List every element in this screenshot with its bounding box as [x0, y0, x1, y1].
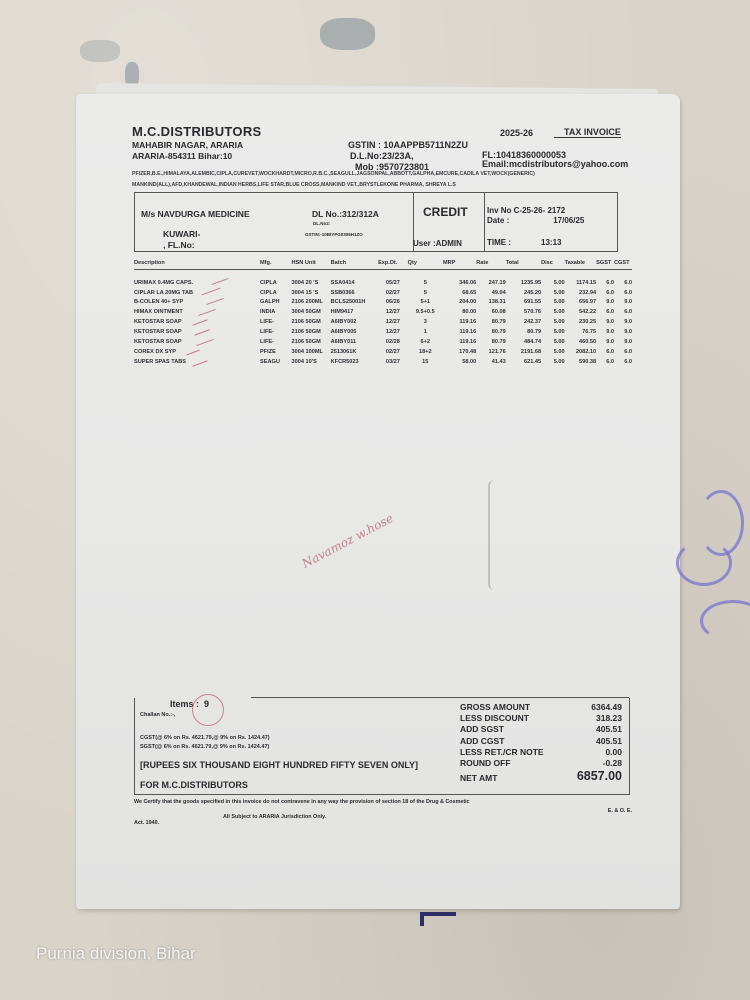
blue-pen-scribble — [700, 600, 750, 642]
table-cell: 05/27 — [378, 278, 408, 288]
table-cell: 460.50 — [565, 337, 597, 347]
time-label: TIME : — [487, 238, 511, 247]
table-cell: HIM9417 — [331, 307, 378, 317]
table-cell: 3004 50GM — [292, 307, 331, 317]
invoice-date-row: Date :17/06/25 — [487, 216, 584, 225]
table-cell: 60.08 — [476, 307, 505, 317]
table-cell: 204.00 — [443, 298, 476, 308]
table-cell: B-COLEN 40+ SYP — [134, 298, 260, 308]
total-label: ADD SGST — [460, 724, 504, 734]
column-header: Total — [506, 259, 541, 270]
table-cell: CIPLA — [260, 288, 292, 298]
table-cell: 1235.95 — [506, 278, 541, 288]
table-cell: INDIA — [260, 307, 292, 317]
table-cell: 6+2 — [408, 337, 443, 347]
table-row: KETOSTAR SOAPLIFE-2106 50GMA6IBY00212/27… — [134, 317, 632, 327]
table-cell: 590.38 — [565, 357, 597, 367]
total-label: LESS DISCOUNT — [460, 713, 529, 723]
table-cell: URIMAX 0.4MG CAPS. — [134, 278, 260, 288]
column-header: Rate — [476, 259, 505, 270]
table-cell: 6.0 — [596, 347, 614, 357]
handwritten-note: Navamoz w.hose — [300, 511, 396, 571]
table-header-row: DescriptionMfg.HSN UnitBatchExp.Dt.QtyMR… — [134, 259, 632, 270]
table-cell: 12/27 — [378, 327, 408, 337]
invoice-date: 17/06/25 — [553, 216, 584, 225]
total-value: 0.00 — [605, 747, 622, 757]
table-cell: 6.0 — [614, 288, 632, 298]
table-cell: 5.00 — [541, 347, 565, 357]
party-dl-no2: DL.No2: — [313, 221, 330, 226]
company-name: M.C.DISTRIBUTORS — [132, 124, 262, 139]
table-row: SUPER SPAS TABSSEAGU3004 10'SKFCR502303/… — [134, 357, 632, 367]
table-cell: 570.76 — [506, 307, 541, 317]
table-cell: 02/27 — [378, 347, 408, 357]
billing-user: User :ADMIN — [413, 239, 462, 248]
column-header: Batch — [331, 259, 378, 270]
table-cell: BCLS25001H — [331, 298, 378, 308]
table-cell: HIMAX OINTMENT — [134, 307, 260, 317]
company-dl-no: D.L.No:23/23A, — [350, 151, 414, 161]
table-cell: A6IBY005 — [331, 327, 378, 337]
table-cell: 5 — [408, 288, 443, 298]
pencil-bracket-annotation — [488, 480, 500, 590]
column-header: Taxable — [565, 259, 597, 270]
table-cell: 2082.10 — [565, 347, 597, 357]
circle-annotation — [192, 694, 224, 726]
brands-line-2: MANKIND(ALL),AFD,KHANDEWAL,INDIAN HERBS,… — [132, 182, 456, 188]
challan-no: Challan No.:-, — [140, 712, 175, 718]
payment-mode: CREDIT — [423, 205, 468, 219]
table-row: COREX DX SYPPFIZE3004 100ML2513061K02/27… — [134, 347, 632, 357]
table-cell: 1 — [408, 327, 443, 337]
invoice-number: Inv No C-25-26- 2172 — [487, 206, 565, 215]
table-cell: SEAGU — [260, 357, 292, 367]
table-cell: 542.22 — [565, 307, 597, 317]
table-cell: 6.0 — [614, 278, 632, 288]
table-cell: 49.04 — [476, 288, 505, 298]
table-cell: 9.0 — [614, 337, 632, 347]
amount-in-words: [RUPEES SIX THOUSAND EIGHT HUNDRED FIFTY… — [140, 760, 418, 770]
column-header: Mfg. — [260, 259, 292, 270]
date-label: Date : — [487, 216, 509, 225]
table-cell: A6IBY011 — [331, 337, 378, 347]
table-cell: 6.0 — [614, 357, 632, 367]
column-header: Exp.Dt. — [378, 259, 408, 270]
table-cell: 9.0 — [614, 317, 632, 327]
party-details-box: M/s NAVDURGA MEDICINE KUWARI- , FL.No: D… — [134, 192, 618, 252]
table-cell: 5.00 — [541, 337, 565, 347]
table-cell: 9.0 — [596, 317, 614, 327]
invoice-time: 13:13 — [541, 238, 561, 247]
act-text: Act. 1940. — [134, 820, 159, 826]
table-cell: 2106 50GM — [292, 327, 331, 337]
company-address-line2: ARARIA-854311 Bihar:10 — [132, 151, 232, 161]
party-place: KUWARI- — [163, 229, 200, 239]
table-cell: LIFE- — [260, 327, 292, 337]
table-cell: 80.79 — [476, 317, 505, 327]
table-cell: 02/28 — [378, 337, 408, 347]
table-cell: GALPH — [260, 298, 292, 308]
brands-line-1: PFIZER,B.E.,HIMALAYA,ALEMBIC,CIPLA,CUREV… — [132, 171, 535, 177]
table-cell: 58.00 — [443, 357, 476, 367]
table-cell: 6.0 — [614, 307, 632, 317]
table-cell: 621.45 — [506, 357, 541, 367]
table-row: KETOSTAR SOAPLIFE-2106 50GMA6IBY01102/28… — [134, 337, 632, 347]
table-cell: 5.00 — [541, 327, 565, 337]
party-name: M/s NAVDURGA MEDICINE — [141, 209, 250, 219]
pen-mark — [420, 912, 424, 926]
table-cell: 119.16 — [443, 317, 476, 327]
table-cell: 12/27 — [378, 317, 408, 327]
table-cell: 6.0 — [614, 347, 632, 357]
table-cell: CIPLAR LA 20MG TAB — [134, 288, 260, 298]
table-cell: 5.00 — [541, 298, 565, 308]
table-cell: 6.0 — [596, 278, 614, 288]
table-cell: 9.0 — [596, 327, 614, 337]
party-fl-no: , FL.No: — [163, 240, 195, 250]
table-cell: 2106 50GM — [292, 317, 331, 327]
table-cell: 6.0 — [596, 288, 614, 298]
financial-year: 2025-26 — [500, 128, 533, 138]
total-label: GROSS AMOUNT — [460, 702, 530, 712]
items-table: DescriptionMfg.HSN UnitBatchExp.Dt.QtyMR… — [134, 259, 632, 367]
table-cell: 484.74 — [506, 337, 541, 347]
table-cell: 80.79 — [476, 337, 505, 347]
table-cell: 170.48 — [443, 347, 476, 357]
column-header: CGST — [614, 259, 632, 270]
column-header: Qty — [408, 259, 443, 270]
table-cell: 2191.68 — [506, 347, 541, 357]
table-cell: LIFE- — [260, 337, 292, 347]
table-cell: 2106 200ML — [292, 298, 331, 308]
table-row: URIMAX 0.4MG CAPS.CIPLA3004 20 'SSSA0414… — [134, 278, 632, 288]
table-cell: SUPER SPAS TABS — [134, 357, 260, 367]
table-cell: 9.0 — [596, 298, 614, 308]
table-cell: 18+2 — [408, 347, 443, 357]
eoe-text: E. & O. E. — [608, 808, 632, 814]
total-label: ROUND OFF — [460, 758, 511, 768]
invoice-document: M.C.DISTRIBUTORS MAHABIR NAGAR, ARARIA A… — [76, 94, 680, 909]
party-gstin: GSTIN:-10BIYPG0305H1ZO — [305, 232, 363, 237]
total-value: 6857.00 — [577, 769, 622, 783]
table-cell: 68.65 — [443, 288, 476, 298]
table-cell: 6.0 — [596, 357, 614, 367]
blue-pen-scribble — [676, 540, 732, 586]
party-dl-no: DL No.:312/312A — [312, 209, 379, 219]
table-cell: 9.0 — [596, 337, 614, 347]
table-cell: COREX DX SYP — [134, 347, 260, 357]
table-cell: 3004 10'S — [292, 357, 331, 367]
table-cell: KETOSTAR SOAP — [134, 327, 260, 337]
table-cell: 03/27 — [378, 357, 408, 367]
table-cell: 80.79 — [506, 327, 541, 337]
table-cell: 41.43 — [476, 357, 505, 367]
company-gstin: GSTIN : 10AAPPB5711N2ZU — [348, 140, 468, 150]
sgst-breakup: SGST(@ 6% on Rs. 4621.79,@ 9% on Rs. 142… — [140, 744, 269, 750]
table-cell: 2513061K — [331, 347, 378, 357]
cgst-breakup: CGST(@ 6% on Rs. 4621.79,@ 9% on Rs. 142… — [140, 735, 270, 741]
column-header: Disc — [541, 259, 565, 270]
table-cell: 3004 15 'S — [292, 288, 331, 298]
company-address-line1: MAHABIR NAGAR, ARARIA — [132, 140, 243, 150]
table-cell: 3004 100ML — [292, 347, 331, 357]
table-cell: 119.16 — [443, 327, 476, 337]
wall-stain — [80, 40, 120, 62]
divider — [484, 193, 485, 251]
table-cell: SSA0414 — [331, 278, 378, 288]
table-cell: 6.0 — [596, 307, 614, 317]
table-cell: 121.76 — [476, 347, 505, 357]
invoice-time-row: TIME :13:13 — [487, 238, 561, 247]
total-label: ADD CGST — [460, 736, 504, 746]
total-label: NET AMT — [460, 773, 497, 783]
table-cell: 06/26 — [378, 298, 408, 308]
for-company: FOR M.C.DISTRIBUTORS — [140, 780, 248, 790]
table-cell: 9.5+0.5 — [408, 307, 443, 317]
column-header: MRP — [443, 259, 476, 270]
certification-text: We Certify that the goods specified in t… — [134, 799, 470, 805]
table-cell: 12/27 — [378, 307, 408, 317]
location-watermark: Purnia division, Bihar — [36, 944, 196, 964]
table-cell: LIFE- — [260, 317, 292, 327]
table-cell: 80.00 — [443, 307, 476, 317]
table-cell: CIPLA — [260, 278, 292, 288]
table-cell: 15 — [408, 357, 443, 367]
table-cell: 76.75 — [565, 327, 597, 337]
total-value: 6364.49 — [591, 702, 622, 712]
table-cell: 3 — [408, 317, 443, 327]
table-cell: 247.19 — [476, 278, 505, 288]
total-value: 405.51 — [596, 724, 622, 734]
table-cell: 2106 50GM — [292, 337, 331, 347]
total-label: LESS RET./CR NOTE — [460, 747, 544, 757]
table-cell: 5+1 — [408, 298, 443, 308]
table-cell: 230.25 — [565, 317, 597, 327]
jurisdiction-text: All Subject to ARARIA Jurisdiction Only. — [223, 814, 326, 820]
table-body: URIMAX 0.4MG CAPS.CIPLA3004 20 'SSSA0414… — [134, 270, 632, 367]
table-cell: KFCR5023 — [331, 357, 378, 367]
table-cell: 80.79 — [476, 327, 505, 337]
table-cell: 232.94 — [565, 288, 597, 298]
table-cell: 346.06 — [443, 278, 476, 288]
table-cell: A6IBY002 — [331, 317, 378, 327]
document-type: TAX INVOICE — [554, 127, 621, 138]
wall-stain — [320, 18, 375, 50]
table-cell: 242.37 — [506, 317, 541, 327]
table-cell: 5.00 — [541, 288, 565, 298]
company-email: Email:mcdistributors@yahoo.com — [482, 159, 628, 169]
total-value: 405.51 — [596, 736, 622, 746]
table-cell: PFIZE — [260, 347, 292, 357]
table-cell: 9.0 — [614, 298, 632, 308]
table-cell: 3004 20 'S — [292, 278, 331, 288]
table-cell: 138.31 — [476, 298, 505, 308]
table-cell: 1174.15 — [565, 278, 597, 288]
column-header: SGST — [596, 259, 614, 270]
total-value: -0.28 — [603, 758, 622, 768]
table-cell: 245.20 — [506, 288, 541, 298]
table-cell: 5 — [408, 278, 443, 288]
column-header: HSN Unit — [292, 259, 331, 270]
table-cell: 119.16 — [443, 337, 476, 347]
column-header: Description — [134, 259, 260, 270]
table-cell: 02/27 — [378, 288, 408, 298]
total-value: 318.23 — [596, 713, 622, 723]
table-cell: 5.00 — [541, 278, 565, 288]
table-cell: 9.0 — [614, 327, 632, 337]
table-cell: 656.97 — [565, 298, 597, 308]
table-cell: 5.00 — [541, 317, 565, 327]
pen-mark — [420, 912, 456, 916]
table-cell: 691.55 — [506, 298, 541, 308]
table-cell: 5.00 — [541, 357, 565, 367]
table-cell: 5.00 — [541, 307, 565, 317]
table-cell: SSB0366 — [331, 288, 378, 298]
